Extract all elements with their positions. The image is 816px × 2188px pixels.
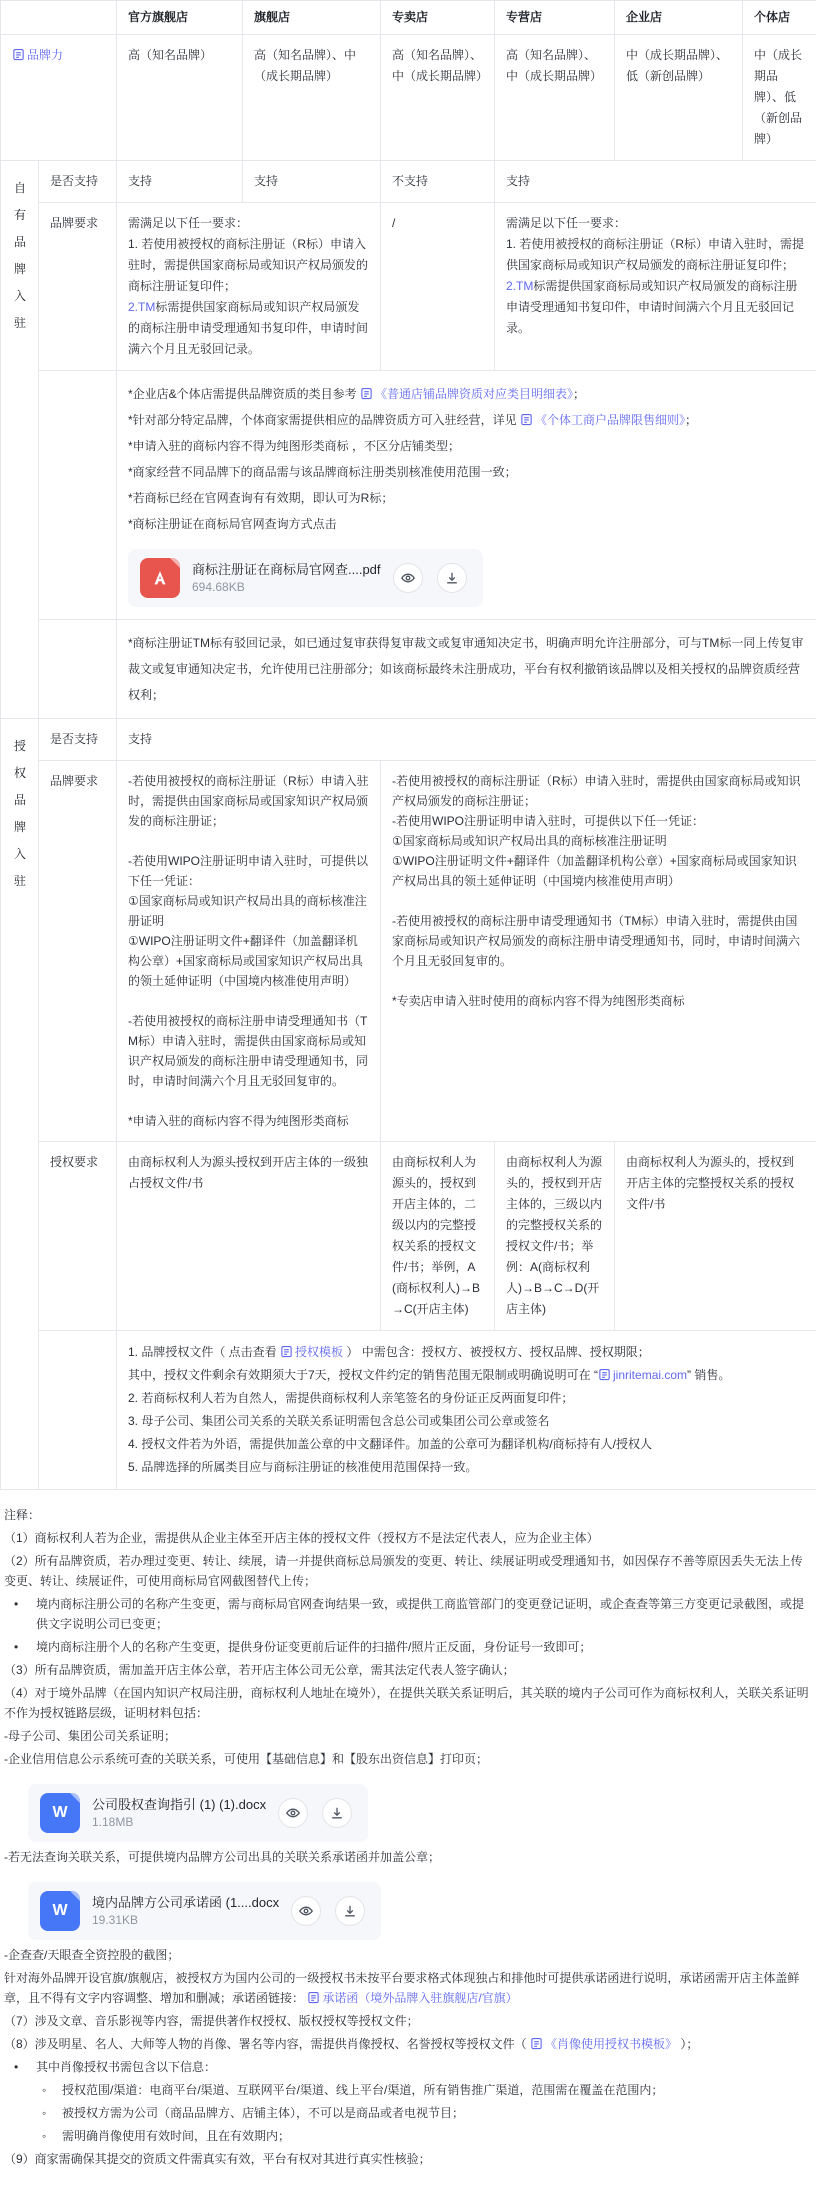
doc-link[interactable]: 《普通店铺品牌资质对应类目明细表》 [360, 387, 573, 401]
row-label-authorization-requirement: 授权要求 [39, 1142, 117, 1331]
eye-icon [285, 1805, 301, 1821]
attachment-card-docx[interactable]: W 公司股权查询指引 (1) (1).docx 1.18MB [28, 1784, 368, 1842]
row-label-empty [39, 371, 117, 620]
note-line: *针对部分特定品牌，个体商家需提供相应的品牌资质方可入驻经营，详见 《个体工商户… [128, 407, 805, 433]
auth-authorization-requirement-row: 授权要求 由商标权利人为源头授权到开店主体的一级独占授权文件/书 由商标权利人为… [39, 1142, 816, 1331]
footnote-line: -企查查/天眼查全资控股的截图； [4, 1945, 812, 1965]
note-line: *若商标已经在官网查询有有效期，即认可为R标； [128, 485, 805, 511]
eye-icon [298, 1903, 314, 1919]
table-header-row: 官方旗舰店 旗舰店 专卖店 专营店 企业店 个体店 [1, 1, 816, 35]
doc-icon [12, 48, 25, 61]
subbullet-icon: ◦ [42, 2126, 62, 2146]
self-support-cell: 支持 [243, 161, 381, 203]
doc-link[interactable]: 《肖像使用授权书模板》 [530, 2037, 677, 2051]
section-authorized-brand-label: 授权品牌入驻 [1, 719, 39, 1490]
footnote-line: -母子公司、集团公司关系证明； [4, 1726, 812, 1746]
note-line: 其中，授权文件剩余有效期须大于7天，授权文件约定的销售范围无限制或明确说明可在 … [128, 1364, 805, 1387]
auth-notes-row: 1. 品牌授权文件（ 点击查看 授权模板 ） 中需包含：授权方、被授权方、授权品… [39, 1331, 816, 1490]
download-icon [444, 570, 460, 586]
brand-power-value: 高（知名品牌）、中（成长期品牌） [381, 35, 495, 161]
brand-entry-table: 官方旗舰店 旗舰店 专卖店 专营店 企业店 个体店 品牌力 高（知名品牌） 高（… [0, 0, 816, 1490]
tm-mark-link[interactable]: 2.TM [506, 279, 533, 293]
footnote-line: （7）涉及文章、音乐影视等内容，需提供著作权授权、版权授权等授权文件； [4, 2011, 812, 2031]
header-individual-store: 个体店 [743, 1, 816, 35]
brand-power-value: 高（知名品牌）、中（成长期品牌） [495, 35, 615, 161]
footnote-line: 针对海外品牌开设官旗/旗舰店，被授权方为国内公司的一级授权书未按平台要求格式体现… [4, 1968, 812, 2008]
section-self-owned-brand-label: 自有品牌入驻 [1, 161, 39, 719]
self-support-cell: 支持 [495, 161, 816, 203]
auth-authreq-exclusive-cell: 由商标权利人为源头的，授权到开店主体的，二级以内的完整授权关系的授权文件/书；举… [381, 1142, 495, 1331]
footnote-subbullet: ◦被授权方需为公司（商品品牌方、店铺主体），不可以是商品或者电视节目； [4, 2103, 812, 2123]
brand-power-value: 高（知名品牌） [117, 35, 243, 161]
bullet-icon: • [14, 1594, 36, 1634]
row-label-empty [39, 620, 117, 719]
note-line: 4. 授权文件若为外语，需提供加盖公章的中文翻译件。加盖的公章可为翻译机构/商标… [128, 1433, 805, 1456]
note-line: *商标注册证在商标局官网查询方式点击 [128, 511, 805, 537]
row-label-support: 是否支持 [39, 719, 117, 761]
word-file-icon: W [40, 1891, 80, 1931]
footnote-line: （8）涉及明星、名人、大师等人物的肖像、署名等内容，需提供肖像授权、名誉授权等授… [4, 2034, 812, 2054]
attachment-meta: 商标注册证在商标局官网查....pdf 694.68KB [192, 561, 381, 595]
row-label-brand-requirement: 品牌要求 [39, 761, 117, 1142]
doc-link[interactable]: jinritemai.com [598, 1368, 687, 1382]
attachment-meta: 境内品牌方公司承诺函 (1....docx 19.31KB [92, 1894, 279, 1928]
subbullet-icon: ◦ [42, 2103, 62, 2123]
attachment-filename: 商标注册证在商标局官网查....pdf [192, 561, 381, 578]
footnote-line: （2）所有品牌资质，若办理过变更、转让、续展，请一并提供商标总局颁发的变更、转让… [4, 1551, 812, 1591]
brand-power-link[interactable]: 品牌力 [12, 48, 63, 62]
footnote-line: （1）商标权利人若为企业，需提供从企业主体至开店主体的授权文件（授权方不是法定代… [4, 1528, 812, 1548]
header-exclusive-store: 专卖店 [381, 1, 495, 35]
auth-notes-cell: 1. 品牌授权文件（ 点击查看 授权模板 ） 中需包含：授权方、被授权方、授权品… [117, 1331, 816, 1490]
self-support-cell: 不支持 [381, 161, 495, 203]
attachment-card-docx[interactable]: W 境内品牌方公司承诺函 (1....docx 19.31KB [28, 1882, 381, 1940]
note-line: 3. 母子公司、集团公司关系的关联关系证明需包含总公司或集团公司公章或签名 [128, 1410, 805, 1433]
footnote-line: （3）所有品牌资质，需加盖开店主体公章，若开店主体公司无公章，需其法定代表人签字… [4, 1660, 812, 1680]
attachment-card-pdf[interactable]: 商标注册证在商标局官网查....pdf 694.68KB [128, 549, 483, 607]
download-button[interactable] [335, 1896, 365, 1926]
footnote-line: （4）对于境外品牌（在国内知识产权局注册，商标权利人地址在境外），在提供关联关系… [4, 1683, 812, 1723]
download-button[interactable] [437, 563, 467, 593]
section-authorized-brand: 授权品牌入驻 是否支持 支持 品牌要求 -若使用被授权的商标注册证（R标）申请入… [1, 719, 816, 1490]
brand-power-value: 中（成长期品牌）、低（新创品牌） [615, 35, 743, 161]
auth-authreq-flagship-cell: 由商标权利人为源头授权到开店主体的一级独占授权文件/书 [117, 1142, 381, 1331]
header-empty-cell [1, 1, 117, 35]
brand-power-value: 高（知名品牌）、中（成长期品牌） [243, 35, 381, 161]
self-brand-requirement-row: 品牌要求 需满足以下任一要求： 1. 若使用被授权的商标注册证（R标）申请入驻时… [39, 203, 816, 371]
preview-eye-button[interactable] [278, 1798, 308, 1828]
note-line: 5. 品牌选择的所属类目应与商标注册证的核准使用范围保持一致。 [128, 1456, 805, 1479]
self-support-cell: 支持 [117, 161, 243, 203]
header-enterprise-store: 企业店 [615, 1, 743, 35]
self-req-other-cell: 需满足以下任一要求： 1. 若使用被授权的商标注册证（R标）申请入驻时，需提供国… [495, 203, 816, 371]
doc-icon [598, 1368, 611, 1381]
footnote-subbullet: ◦授权范围/渠道：电商平台/渠道、互联网平台/渠道、线上平台/渠道，所有销售推广… [4, 2080, 812, 2100]
subbullet-icon: ◦ [42, 2080, 62, 2100]
word-file-icon: W [40, 1793, 80, 1833]
footnotes: 注释： （1）商标权利人若为企业，需提供从企业主体至开店主体的授权文件（授权方不… [0, 1490, 816, 2188]
note-line: *商家经营不同品牌下的商品需与该品牌商标注册类别核准使用范围一致； [128, 459, 805, 485]
auth-req-other-cell: -若使用被授权的商标注册证（R标）申请入驻时，需提供由国家商标局或知识产权局颁发… [381, 761, 816, 1142]
header-franchise-store: 专营店 [495, 1, 615, 35]
pdf-file-icon [140, 558, 180, 598]
attachment-filename: 公司股权查询指引 (1) (1).docx [92, 1796, 266, 1813]
doc-link[interactable]: 承诺函（境外品牌入驻旗舰店/官旗） [307, 1991, 517, 2005]
download-icon [329, 1805, 345, 1821]
attachment-filesize: 19.31KB [92, 1913, 279, 1928]
attachment-filesize: 694.68KB [192, 580, 381, 595]
row-label-brand-requirement: 品牌要求 [39, 203, 117, 371]
self-notes-cell: *企业店&个体店需提供品牌资质的类目参考 《普通店铺品牌资质对应类目明细表》； … [117, 371, 816, 620]
note-line: *商标注册证TM标有驳回记录，如已通过复审获得复审裁文或复审通知决定书，明确声明… [128, 630, 805, 708]
footnote-line: （9）商家需确保其提交的资质文件需真实有效，平台有权对其进行真实性核验； [4, 2149, 812, 2169]
footnote-line: -若无法查询关联关系，可提供境内品牌方公司出具的关联关系承诺函并加盖公章； [4, 1847, 812, 1867]
footnote-subbullet: ◦需明确肖像使用有效时间，且在有效期内； [4, 2126, 812, 2146]
doc-icon [360, 387, 373, 400]
attachment-filesize: 1.18MB [92, 1815, 266, 1830]
row-label-empty [39, 1331, 117, 1490]
footnote-bullet: •其中肖像授权书需包含以下信息： [4, 2057, 812, 2077]
note-line: 2. 若商标权利人若为自然人，需提供商标权利人亲笔签名的身份证正反两面复印件； [128, 1387, 805, 1410]
self-req-flagship-cell: 需满足以下任一要求： 1. 若使用被授权的商标注册证（R标）申请入驻时，需提供国… [117, 203, 381, 371]
tm-mark-link[interactable]: 2.TM [128, 300, 155, 314]
footnote-line: -企业信用信息公示系统可查的关联关系，可使用【基础信息】和【股东出资信息】打印页… [4, 1749, 812, 1769]
doc-icon [530, 2037, 543, 2050]
bullet-icon: • [14, 1637, 36, 1657]
row-label-support: 是否支持 [39, 161, 117, 203]
self-tm-rejection-note-cell: *商标注册证TM标有驳回记录，如已通过复审获得复审裁文或复审通知决定书，明确声明… [117, 620, 816, 719]
self-support-row: 是否支持 支持 支持 不支持 支持 [39, 161, 816, 203]
auth-support-cell: 支持 [117, 719, 816, 761]
doc-link[interactable]: 授权模板 [280, 1345, 343, 1359]
self-notes2-row: *商标注册证TM标有驳回记录，如已通过复审获得复审裁文或复审通知决定书，明确声明… [39, 620, 816, 719]
doc-icon [307, 1991, 320, 2004]
header-flagship: 旗舰店 [243, 1, 381, 35]
auth-brand-requirement-row: 品牌要求 -若使用被授权的商标注册证（R标）申请入驻时，需提供由国家商标局或国家… [39, 761, 816, 1142]
doc-icon [520, 413, 533, 426]
section-self-owned-brand: 自有品牌入驻 是否支持 支持 支持 不支持 支持 品牌要求 需满足以下任一要求：… [1, 161, 816, 719]
header-official-flagship: 官方旗舰店 [117, 1, 243, 35]
auth-req-flagship-cell: -若使用被授权的商标注册证（R标）申请入驻时，需提供由国家商标局或国家知识产权局… [117, 761, 381, 1142]
auth-support-row: 是否支持 支持 [39, 719, 816, 761]
auth-authreq-franchise-cell: 由商标权利人为源头的，授权到开店主体的，三级以内的完整授权关系的授权文件/书；举… [495, 1142, 615, 1331]
eye-icon [400, 570, 416, 586]
footnote-bullet: •境内商标注册公司的名称产生变更，需与商标局官网查询结果一致，或提供工商监管部门… [4, 1594, 812, 1634]
note-line: *企业店&个体店需提供品牌资质的类目参考 《普通店铺品牌资质对应类目明细表》； [128, 381, 805, 407]
download-icon [342, 1903, 358, 1919]
bullet-icon: • [14, 2057, 36, 2077]
note-line: *申请入驻的商标内容不得为纯图形类商标 ，不区分店铺类型； [128, 433, 805, 459]
doc-link[interactable]: 《个体工商户品牌限售细则》 [520, 413, 685, 427]
brand-power-row: 品牌力 高（知名品牌） 高（知名品牌）、中（成长期品牌） 高（知名品牌）、中（成… [1, 35, 816, 161]
self-req-exclusive-cell: / [381, 203, 495, 371]
footnotes-title: 注释： [4, 1505, 812, 1525]
note-line: 1. 品牌授权文件（ 点击查看 授权模板 ） 中需包含：授权方、被授权方、授权品… [128, 1341, 805, 1364]
brand-power-value: 中（成长期品牌）、低（新创品牌） [743, 35, 816, 161]
brand-power-label-cell: 品牌力 [1, 35, 117, 161]
attachment-filename: 境内品牌方公司承诺函 (1....docx [92, 1894, 279, 1911]
attachment-meta: 公司股权查询指引 (1) (1).docx 1.18MB [92, 1796, 266, 1830]
preview-eye-button[interactable] [393, 563, 423, 593]
auth-authreq-enterprise-cell: 由商标权利人为源头的，授权到开店主体的完整授权关系的授权文件/书 [615, 1142, 816, 1331]
preview-eye-button[interactable] [291, 1896, 321, 1926]
self-notes-row: *企业店&个体店需提供品牌资质的类目参考 《普通店铺品牌资质对应类目明细表》； … [39, 371, 816, 620]
footnote-bullet: •境内商标注册个人的名称产生变更，提供身份证变更前后证件的扫描件/照片正反面，身… [4, 1637, 812, 1657]
doc-icon [280, 1345, 293, 1358]
download-button[interactable] [322, 1798, 352, 1828]
